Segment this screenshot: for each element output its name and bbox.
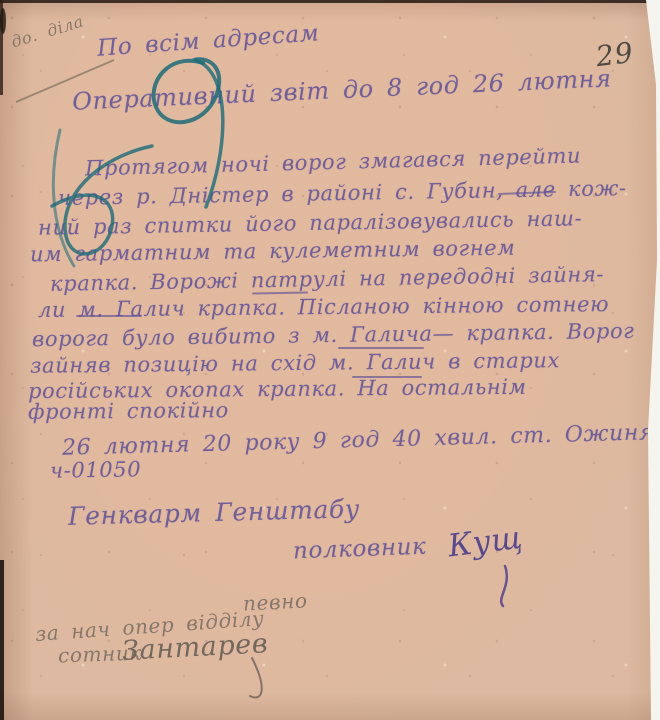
scanned-document-page: до. діла 29 По всім адресам Оперативний … <box>0 0 660 720</box>
signature-tail-stroke <box>501 566 507 606</box>
body-line: фронті спокійно <box>28 398 229 424</box>
signature-role-line: Генкварм Генштабу <box>68 494 361 531</box>
ink-underline <box>76 315 142 317</box>
scan-edge-blemish <box>0 8 6 34</box>
pencil-autograph: Зантарев <box>121 628 269 667</box>
ink-underline <box>252 292 308 295</box>
body-line: ний раз спитки його паралізовувались наш… <box>38 206 583 239</box>
document-title: Оперативний звіт до 8 год 26 лютня <box>72 64 612 116</box>
body-line: зайняв позицію на схід м. Галич в старих <box>30 348 560 378</box>
body-line: им гарматним та кулеметним вогнем <box>30 236 516 267</box>
filing-note: до. діла <box>9 11 86 51</box>
ink-underline <box>338 347 424 349</box>
paper-sheet: до. діла 29 По всім адресам Оперативний … <box>0 0 660 720</box>
body-line: крапка. Ворожі патрулі на передодні зайн… <box>50 262 604 296</box>
scan-edge-top <box>0 0 648 3</box>
signature-rank-line: полковник <box>293 534 427 565</box>
ink-underline <box>352 376 422 378</box>
body-line: ли м. Галич крапка. Післаною кінною сотн… <box>38 292 609 322</box>
date-line: 26 лютня 20 року 9 год 40 хвил. ст. Ожин… <box>62 420 655 460</box>
scan-edge-left-lower <box>0 560 4 720</box>
pencil-autograph-tail <box>250 658 262 697</box>
signature-autograph: Кущ <box>446 520 525 565</box>
body-line: Протягом ночі ворог змагався перейти <box>85 144 582 181</box>
body-line: ворога було вибито з м. Галича— крапка. … <box>32 319 635 351</box>
document-number: ч-01050 <box>50 457 142 483</box>
address-line: По всім адресам <box>96 20 320 61</box>
